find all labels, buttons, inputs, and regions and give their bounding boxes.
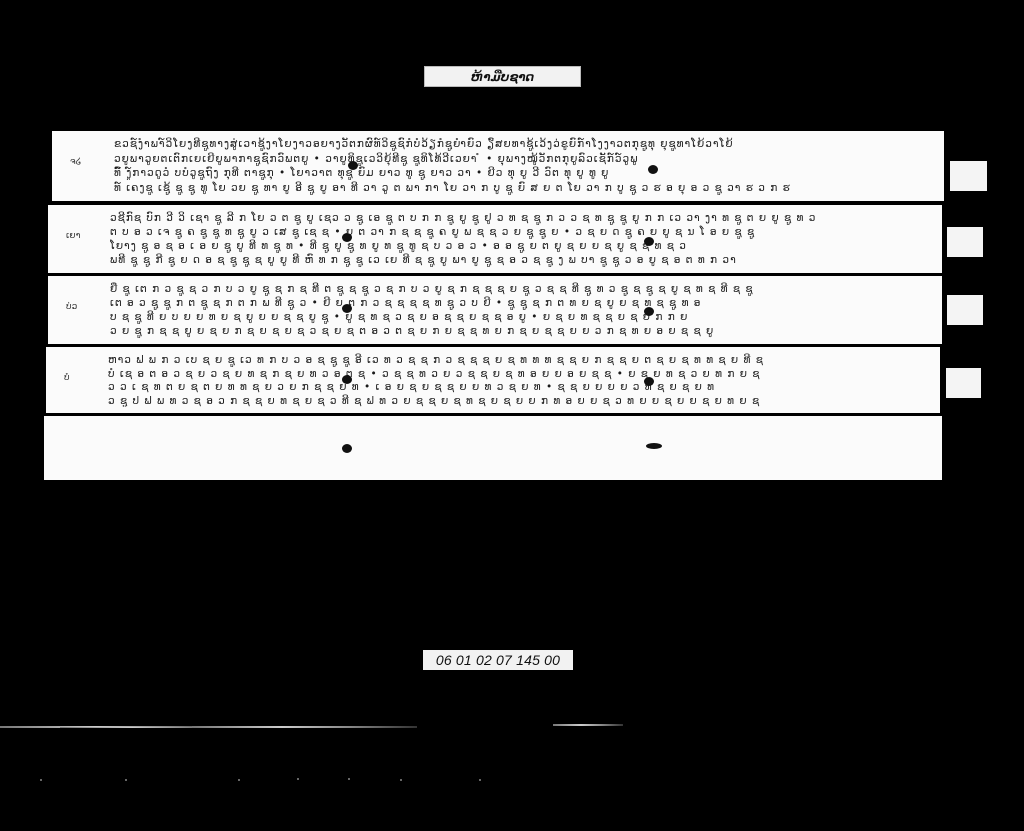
leaf-text: ຂວຊ໌ງໍາພາ໌ວິໂຍງທີຊູທາງສູ່ເວາຊູ້ງາໂຍງາວອຍ… [114,137,904,195]
film-speck [400,779,402,781]
footer-label: 06 01 02 07 145 00 [423,650,573,670]
binding-hole-icon [648,165,658,174]
text-line: ວຍູພາວູຍຕເຕົກເຍເຍີຍູພາກາຊູຊົກວົພຕຍູ • ວາ… [114,152,904,166]
manuscript-leaf-1: ຈ໒ ຂວຊ໌ງໍາພາ໌ວິໂຍງທີຊູທາງສູ່ເວາຊູ້ງາໂຍງາ… [52,131,944,201]
film-speck [348,778,350,780]
text-line: ພທີ ຊູ ຊູ ກີ ຊູ ຍ ດ ອ ຊ ຊູ ຊູ ຊ ຍູ ຍູ ທີ… [110,253,902,267]
binding-hole-icon [342,233,352,242]
text-line: ບ ຊ ຊູ ທີ ຍ ບ ຍ ຍ ທ ຍ ຊ ຍູ ຍ ຍ ຊ ຊ ຍູ ຊູ… [110,310,902,324]
leaf-page-number: ບ່ວ [66,302,77,312]
film-speck [479,779,481,781]
leaf-text: ຫາວ ຟ ພ ກ ວ ເບ ຊ ຍ ຊູ ເວ ທ ກ ບ ວ ອ ຊ ຊູ … [108,353,900,407]
binding-hole-icon [644,307,654,316]
manuscript-leaf-5-blank [44,416,942,480]
side-tab-1 [950,161,987,191]
binding-hole-icon [644,237,654,246]
side-tab-4 [946,368,981,398]
leaf-text: ຍື ຊູ ເຕ ກ ວ ຊູ ຊ ວ ກ ບ ວ ຍູ ຊູ ຊ ກ ຊ ທີ… [110,282,902,338]
text-line: ບໍ ເຊ ອ ຕ ອ ວ ຊ ຍ ວ ຊ ຍ ທ ຊ ກ ຊ ຍ ທ ວ ອ … [108,367,900,381]
leaf-text: ວຊີກົຊ ບົກ ວີ ວິ ເຊາ ຊູ ລີ ກ ໂຍ ວ ຕ ຊູ ຍ… [110,211,902,267]
text-line: ຫາວ ຟ ພ ກ ວ ເບ ຊ ຍ ຊູ ເວ ທ ກ ບ ວ ອ ຊ ຊູ … [108,353,900,367]
leaf-page-number: ເຍາ [66,231,80,241]
binding-hole-icon [348,161,358,170]
side-tab-2 [947,227,983,257]
text-line: ໂຍາງ ຊູ ອ ຊ ອ ເ ອ ຍ ຊູ ຍູ ທີ ທ ຊູ ທ • ທີ… [110,239,902,253]
side-tab-3 [947,295,983,325]
film-streak [553,724,623,726]
text-line: ວຊີກົຊ ບົກ ວີ ວິ ເຊາ ຊູ ລີ ກ ໂຍ ວ ຕ ຊູ ຍ… [110,211,902,225]
text-line: ວ ຍ ຊູ ກ ຊ ຊ ຍູ ຍ ຊ ຍ ກ ຊ ຍ ຊ ຍ ຊ ວ ຊ ຍ … [110,324,902,338]
binding-hole-icon [342,375,352,384]
binding-hole-icon [644,377,654,386]
leaf-page-number: ບໍ [64,373,70,383]
manuscript-leaf-4: ບໍ ຫາວ ຟ ພ ກ ວ ເບ ຊ ຍ ຊູ ເວ ທ ກ ບ ວ ອ ຊ … [46,347,940,413]
text-line: ຂວຊ໌ງໍາພາ໌ວິໂຍງທີຊູທາງສູ່ເວາຊູ້ງາໂຍງາວອຍ… [114,137,904,151]
footer-label-text: 06 01 02 07 145 00 [436,652,560,668]
header-label: ຫ້າມືບຊາດ [424,66,581,87]
binding-hole-icon [342,304,352,313]
text-line: ວ ວ ເ ຊ ທ ຕ ຍ ຊ ຕ ຍ ທ ທ ຊ ຍ ວ ຍ ກ ຊ ຊ ຍ … [108,380,900,394]
text-line: ຍື ຊູ ເຕ ກ ວ ຊູ ຊ ວ ກ ບ ວ ຍູ ຊູ ຊ ກ ຊ ທີ… [110,282,902,296]
text-line: ທົ໌ ງູ໌ກາວດູວໍ ບບໍວູຊູຖົງ ກຸທີ ຕາຊູກຸ • … [114,166,904,180]
text-line: ທ໌ ເຄງຊູ ເຊູ້ ຊູ ຊູ ທູ ໂຍ ວຍ ຊູ ທາ ຍູ ອີ… [114,181,904,195]
text-line: ວ ຊູ ປ ຟ ພ ທ ວ ຊ ອ ວ ກ ຊ ຊ ຍ ທ ຊ ຍ ຊ ວ ທ… [108,394,900,408]
text-line: ເຕ ອ ວ ຊູ ຊູ ກ ຕ ຊູ ຊ ກ ຕ ກ ພ ທີ ຊູ ວ • … [110,296,902,310]
film-speck [125,779,127,781]
text-line: ຕ ບ ອ ວ ເຈ ຊູ ຄ ຊູ ຊູ ທ ຊູ ຍູ ວ ເສ ຊູ ເຊ… [110,225,902,239]
leaf-page-number: ຈ໒ [70,157,81,167]
header-label-text: ຫ້າມືບຊາດ [471,70,534,84]
manuscript-leaf-3: ບ່ວ ຍື ຊູ ເຕ ກ ວ ຊູ ຊ ວ ກ ບ ວ ຍູ ຊູ ຊ ກ … [48,276,942,344]
manuscript-leaf-2: ເຍາ ວຊີກົຊ ບົກ ວີ ວິ ເຊາ ຊູ ລີ ກ ໂຍ ວ ຕ … [48,205,942,273]
film-streak [192,726,417,728]
binding-hole-icon [646,443,662,449]
film-speck [238,779,240,781]
film-speck [297,778,299,780]
film-speck [40,779,42,781]
binding-hole-icon [342,444,352,453]
